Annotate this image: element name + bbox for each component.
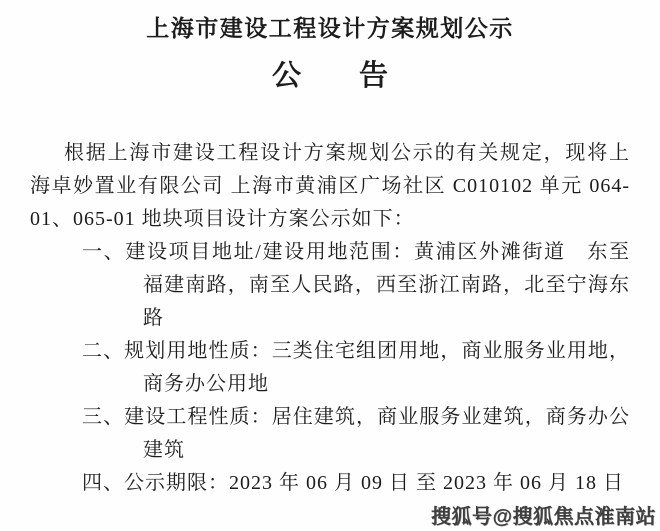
item-marker: 三、	[82, 406, 124, 428]
notice-body: 根据上海市建设工程设计方案规划公示的有关规定，现将上海卓妙置业有限公司 上海市黄…	[0, 137, 660, 500]
list-item-land-use: 二、规划用地性质：三类住宅组团用地，商业服务业用地，商务办公用地	[30, 335, 630, 401]
item-marker: 四、	[82, 472, 124, 494]
item-text: 公示期限：2023 年 06 月 09 日 至 2023 年 06 月 18 日	[124, 472, 624, 494]
item-text: 规划用地性质：三类住宅组团用地，商业服务业用地，商务办公用地	[124, 340, 630, 395]
notice-heading: 公 告	[0, 56, 660, 96]
notice-document: 上海市建设工程设计方案规划公示 公 告 根据上海市建设工程设计方案规划公示的有关…	[0, 0, 660, 531]
item-marker: 一、	[82, 241, 125, 263]
list-item-construction-nature: 三、建设工程性质：居住建筑，商业服务业建筑，商务办公建筑	[30, 401, 630, 467]
intro-paragraph: 根据上海市建设工程设计方案规划公示的有关规定，现将上海卓妙置业有限公司 上海市黄…	[30, 137, 630, 236]
page-title: 上海市建设工程设计方案规划公示	[0, 12, 660, 46]
item-marker: 二、	[82, 340, 124, 362]
list-item-publicity-period: 四、公示期限：2023 年 06 月 09 日 至 2023 年 06 月 18…	[30, 467, 630, 500]
item-text: 建设项目地址/建设用地范围：黄浦区外滩街道 东至福建南路，南至人民路，西至浙江南…	[125, 241, 630, 329]
list-item-project-address: 一、建设项目地址/建设用地范围：黄浦区外滩街道 东至福建南路，南至人民路，西至浙…	[30, 236, 630, 335]
sohu-watermark: 搜狐号@搜狐焦点淮南站	[431, 500, 656, 529]
item-text: 建设工程性质：居住建筑，商业服务业建筑，商务办公建筑	[124, 406, 630, 461]
